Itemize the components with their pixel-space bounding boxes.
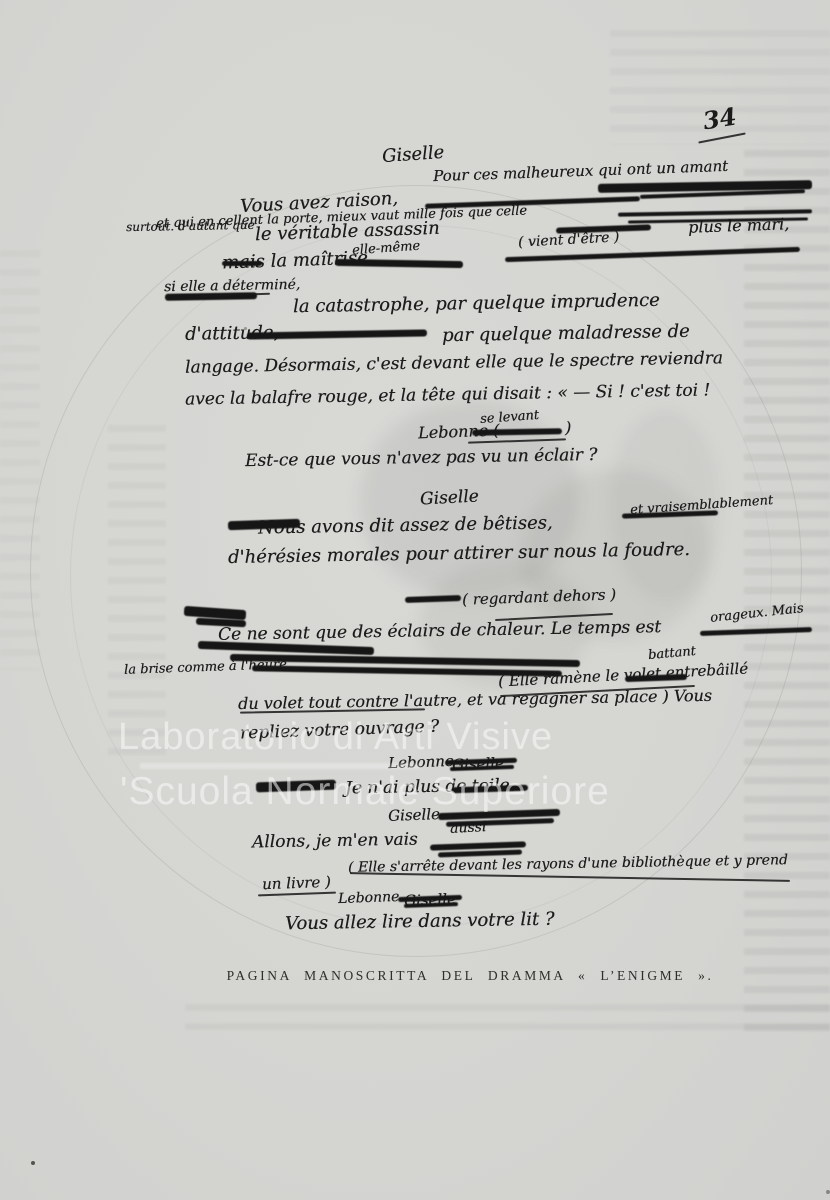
manuscript-line: surtout. d'autant que xyxy=(126,218,255,234)
manuscript-line: par quelque maladresse de xyxy=(442,321,690,346)
manuscript-stage-direction: un livre ) xyxy=(262,873,331,893)
manuscript-line: Allons, je m'en vais xyxy=(252,830,418,853)
ink-strikethrough xyxy=(222,261,262,266)
show-through-text xyxy=(108,425,166,755)
paper-speck xyxy=(31,1161,35,1165)
manuscript-speaker: Lebonne xyxy=(338,889,400,907)
manuscript-speaker: Giselle xyxy=(381,142,445,167)
scanned-page: 34 Giselle Pour ces malheureux qui ont u… xyxy=(0,0,830,1200)
paper-speck xyxy=(826,1190,830,1194)
show-through-text xyxy=(185,1004,830,1038)
page-number: 34 xyxy=(701,102,739,136)
paper-speck xyxy=(244,327,247,330)
watermark-smallprint xyxy=(140,763,420,769)
show-through-text xyxy=(744,150,830,1040)
manuscript-line: Pour ces malheureux qui ont un amant xyxy=(433,157,729,185)
manuscript-speaker: Giselle xyxy=(420,486,480,509)
watermark-line1: Laboratorio di Arti Visive xyxy=(118,716,553,759)
plate-caption: PAGINA MANOSCRITTA DEL DRAMMA « L’ENIGME… xyxy=(110,968,830,984)
watermark-line2: 'Scuola Normale Superiore xyxy=(120,770,610,814)
show-through-text xyxy=(0,250,40,670)
manuscript-line: ) xyxy=(565,418,571,437)
